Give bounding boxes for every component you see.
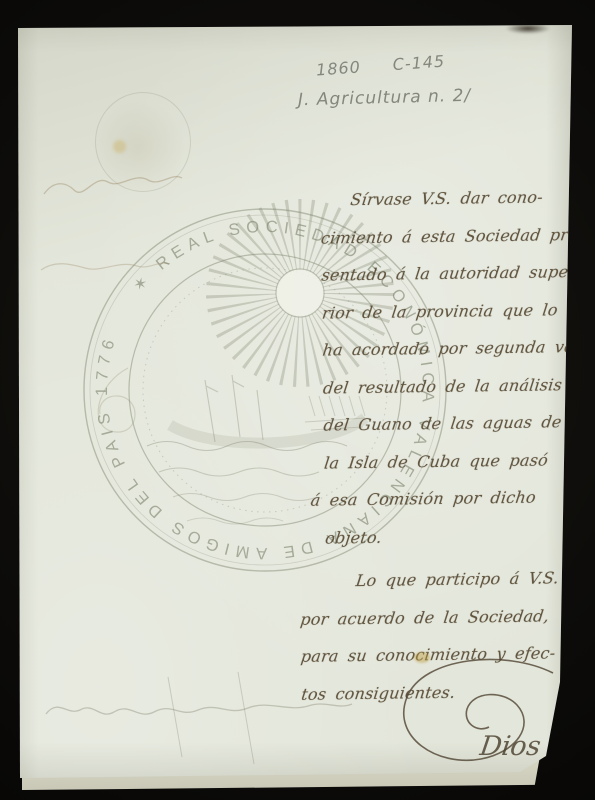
letter-line: cimiento á esta Sociedad pre- bbox=[293, 216, 574, 257]
paper-stain bbox=[414, 652, 430, 663]
photo-background: ✶ REAL SOCIEDAD ECONÓMICA VALENCIANA DE … bbox=[0, 0, 595, 800]
letter-line: Sírvase V.S. dar cono- bbox=[292, 178, 573, 219]
ship-masts-icon bbox=[205, 375, 263, 442]
annotation-year: 1860 bbox=[315, 57, 361, 79]
letter-body: Sírvase V.S. dar cono- cimiento á esta S… bbox=[294, 178, 577, 713]
top-edge-smudge bbox=[505, 23, 551, 34]
document-page: ✶ REAL SOCIEDAD ECONÓMICA VALENCIANA DE … bbox=[16, 22, 574, 780]
letter-line: la Isla de Cuba que pasó bbox=[296, 441, 577, 482]
letter-line: del Guano de las aguas de bbox=[295, 403, 576, 444]
archive-annotation-subject: J. Agricultura n. 2/ bbox=[298, 86, 472, 111]
paper-stain bbox=[113, 140, 126, 153]
annotation-code: C-145 bbox=[392, 52, 446, 75]
letter-line: á esa Comisión por dicho bbox=[296, 478, 577, 519]
letter-line: Lo que participo á V.S. bbox=[298, 559, 579, 600]
letter-line: del resultado de la análisis bbox=[295, 366, 576, 407]
letter-line: rior de la provincia que lo bbox=[294, 291, 575, 332]
closing-word: Dios bbox=[477, 731, 543, 762]
letter-line: por acuerdo de la Sociedad, bbox=[298, 597, 579, 638]
archive-annotation-top: 1860C-145 bbox=[315, 52, 445, 80]
closing-flourish: Dios bbox=[385, 655, 570, 783]
letter-line: sentado á la autoridad supe- bbox=[293, 253, 574, 294]
letter-line: ha acordado por segunda vez bbox=[294, 328, 575, 369]
watermark-circle-icon bbox=[95, 92, 191, 192]
letter-line: objeto. bbox=[297, 516, 578, 557]
